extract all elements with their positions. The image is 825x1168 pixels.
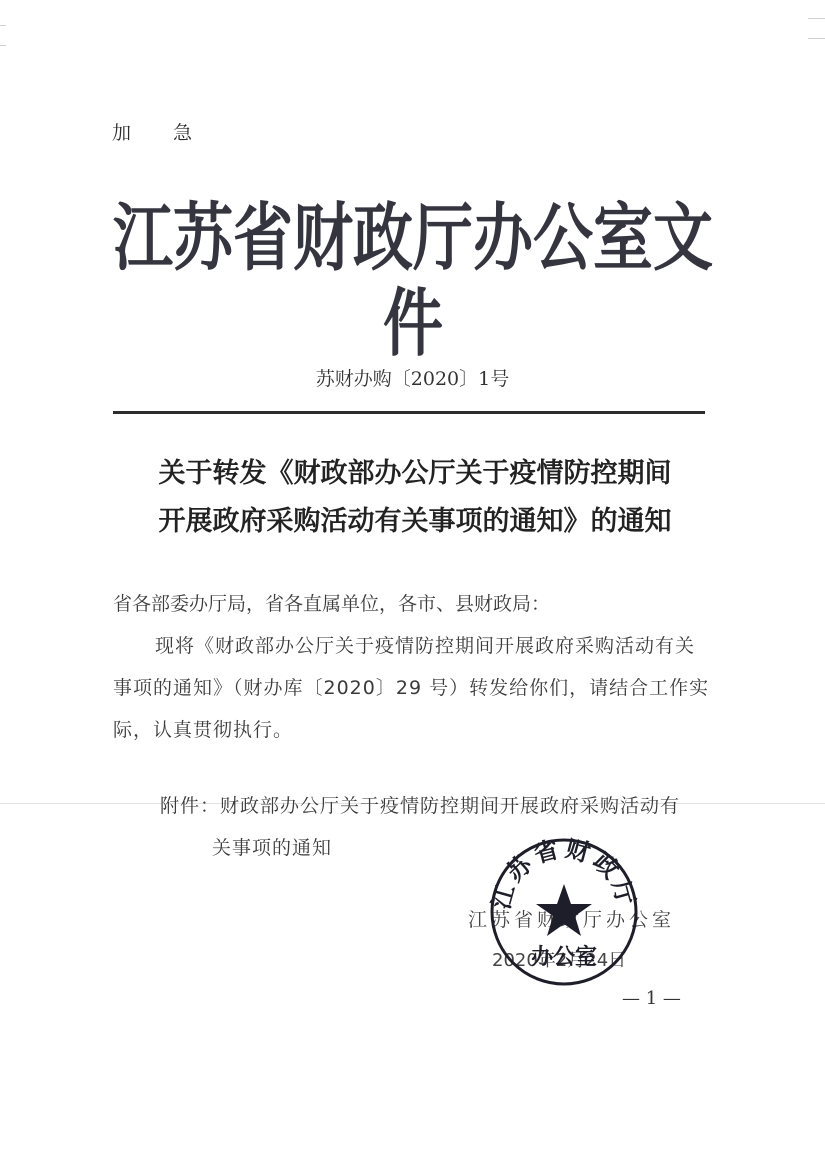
document-title: 关于转发《财政部办公厅关于疫情防控期间 开展政府采购活动有关事项的通知》的通知 (110, 450, 720, 546)
page-number: — 1 — (622, 988, 681, 1009)
attachment-title-2: 关事项的通知 (212, 827, 332, 869)
official-seal-icon: 江苏省财政厅 办公室 (488, 836, 640, 988)
document-number: 苏财办购〔2020〕1号 (0, 364, 825, 391)
scan-edge-mark (0, 45, 6, 46)
separator-line (113, 411, 705, 414)
attachment-title-1: 财政部办公厅关于疫情防控期间开展政府采购活动有 (220, 795, 680, 817)
attachment-label: 附件： (160, 795, 220, 817)
title-line-2: 开展政府采购活动有关事项的通知》的通知 (110, 498, 720, 546)
svg-text:办公室: 办公室 (531, 944, 597, 970)
scan-edge-mark (808, 18, 825, 19)
body-paragraph: 现将《财政部办公厅关于疫情防控期间开展政府采购活动有关事项的通知》（财办库〔20… (113, 625, 713, 751)
masthead-title: 江苏省财政厅办公室文件 (108, 196, 718, 367)
title-line-1: 关于转发《财政部办公厅关于疫情防控期间 (110, 450, 720, 498)
scan-edge-mark (0, 25, 6, 26)
scan-edge-mark (808, 38, 825, 39)
urgency-label: 加 急 (112, 118, 210, 145)
addressee: 省各部委办厅局，省各直属单位，各市、县财政局： (113, 583, 550, 625)
attachment-line: 附件：财政部办公厅关于疫情防控期间开展政府采购活动有 (160, 785, 720, 827)
